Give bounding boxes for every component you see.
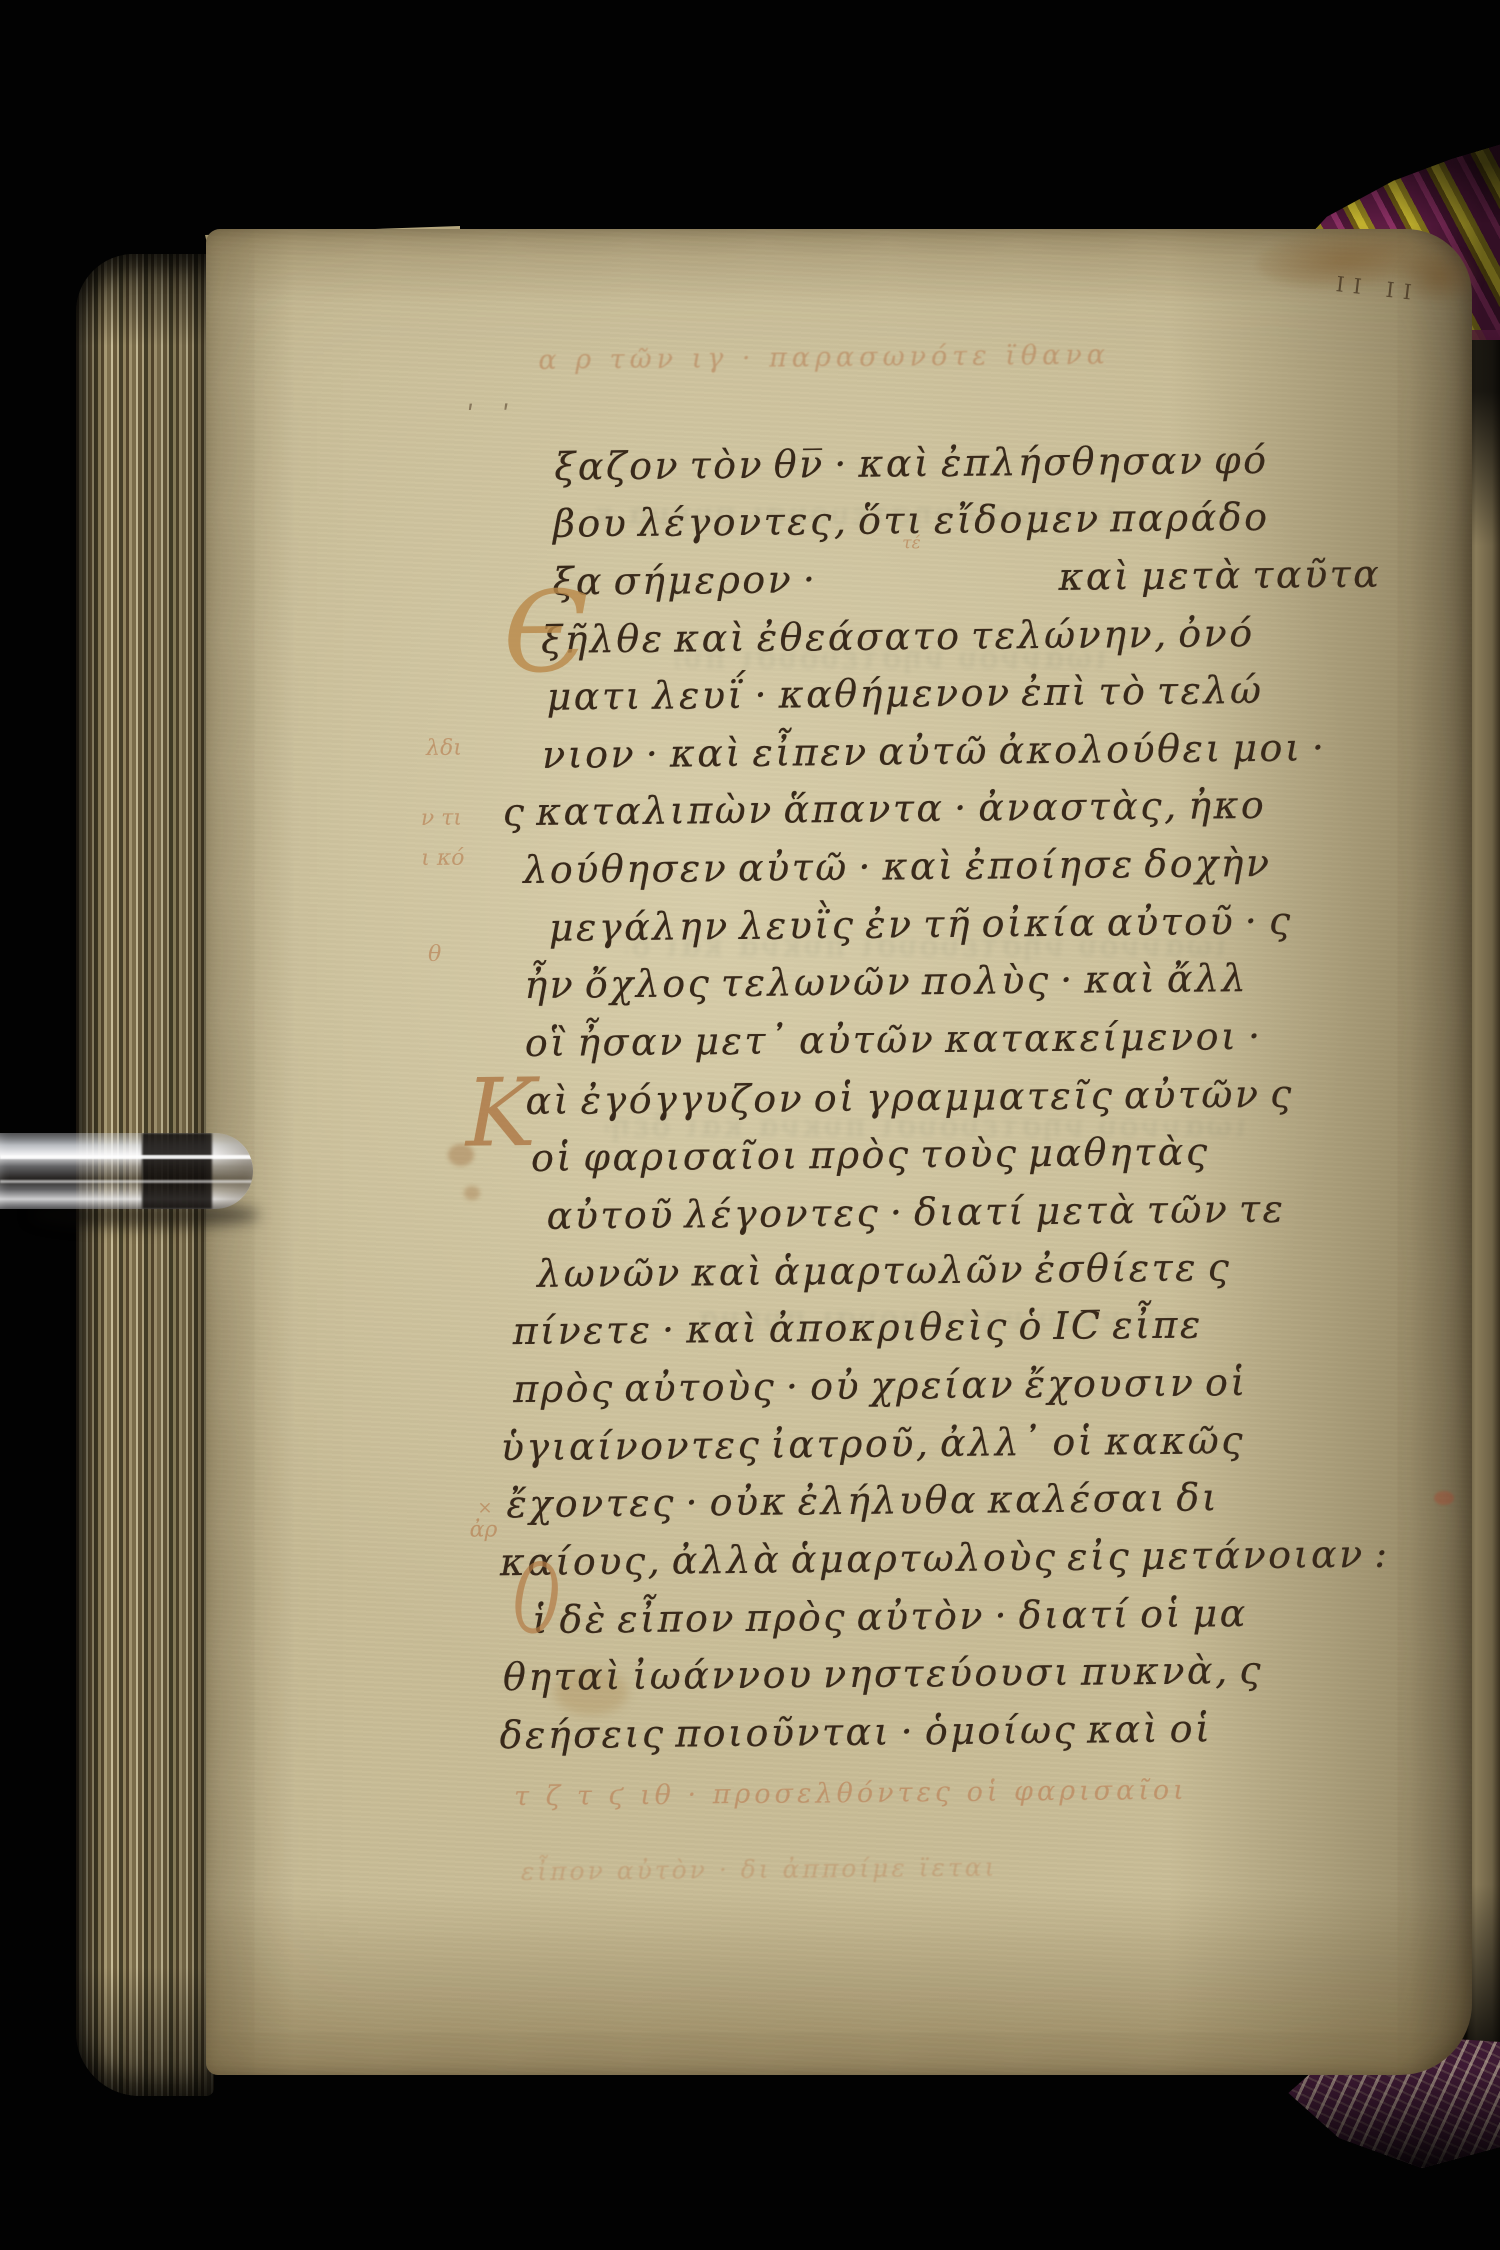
text-line: ἦν ὄχλος τελωνῶν πολὺς · καὶ ἄλλ	[524, 956, 1248, 1007]
text-line: ὑγιαίνοντες ἰατροῦ, ἀλλ᾽ οἱ κακῶς	[501, 1418, 1246, 1469]
text-line: οἱ φαρισαῖοι πρὸς τοὺς μαθητὰς	[531, 1129, 1210, 1180]
gap-lection-note: τέ	[902, 533, 921, 553]
text-line: ἔχοντες · οὐκ ἐλήλυθα καλέσαι δι	[506, 1475, 1219, 1526]
text-line: ξα σήμερον ·	[552, 557, 817, 604]
margin-note: λδι	[426, 736, 462, 761]
text-line: ξαζον τὸν θν̅ · καὶ ἐπλήσθησαν φό	[554, 438, 1269, 489]
text-line: ἱ δὲ εἶπον πρὸς αὐτὸν · διατί οἱ μα	[532, 1591, 1248, 1642]
rod-highlight	[0, 1180, 253, 1183]
text-line: νιον · καὶ εἶπεν αὐτῶ ἀκολούθει μοι ·	[542, 725, 1327, 777]
text-line: αὐτοῦ λέγοντες · διατί μετὰ τῶν τε	[546, 1187, 1285, 1238]
manuscript-photo: ιωαννου νηστευουσι πυκνα και δεησεις ποι…	[0, 0, 1500, 2250]
margin-note: θ	[428, 942, 441, 967]
pen-trial-marks: ʹ ʹ	[467, 401, 520, 432]
footer-rubric: τ ζ τ ϛ ιθ · προσελθόντες οἱ φαρισαῖοι	[514, 1775, 1188, 1812]
footer-rubric: εἶπον αὐτὸν · δι ἀπποίμε ϊεται	[521, 1853, 998, 1887]
parchment-page: ιωαννου νηστευουσι πυκνα και δεησεις ποι…	[206, 229, 1472, 2075]
text-line: λωνῶν καὶ ἁμαρτωλῶν ἐσθίετε ς	[537, 1245, 1232, 1296]
glass-page-holder-rod	[0, 1133, 253, 1209]
text-line: ματι λευΐ · καθήμενον ἐπὶ τὸ τελώ	[546, 668, 1263, 719]
text-line: αὶ ἐγόγγυζον οἱ γραμματεῖς αὐτῶν ς	[525, 1072, 1294, 1123]
text-line: δεήσεις ποιοῦνται · ὁμοίως καὶ οἱ	[499, 1706, 1212, 1757]
text-line: λούθησεν αὐτῶ · καὶ ἐποίησε δοχὴν	[523, 841, 1272, 892]
rod-dark-band	[142, 1133, 212, 1209]
margin-note: ι κό	[421, 846, 465, 871]
text-line: ξῆλθε καὶ ἐθεάσατο τελώνην, ὀνό	[541, 611, 1255, 662]
rubric-initial-kappa: Κ	[465, 1067, 536, 1162]
folio-marks: ΙΙ ΙΙ	[1335, 272, 1422, 305]
text-line: καὶ μετὰ ταῦτα	[1058, 552, 1381, 599]
rubric-initial-omicron: Ο	[510, 1547, 562, 1654]
text-line: καίους, ἀλλὰ ἁμαρτωλοὺς εἰς μετάνοιαν :	[500, 1532, 1390, 1585]
text-layer: ΙΙ ΙΙ ʹ ʹ α ρ τῶν ιγ · παρασωνότε ϊθανα …	[203, 220, 1487, 2078]
text-line: πίνετε · καὶ ἀποκριθεὶς ὁ ΙϹ̅ εἶπε	[512, 1303, 1202, 1354]
text-line: οἳ ἦσαν μετ᾽ αὐτῶν κατακείμενοι ·	[525, 1014, 1263, 1065]
margin-arch-mark: ἀρ	[469, 1517, 497, 1542]
header-rubric: α ρ τῶν ιγ · παρασωνότε ϊθανα	[538, 339, 1110, 375]
rubric-initial-epsilon: Є	[502, 576, 589, 689]
margin-note: ν τι	[421, 806, 462, 831]
margin-arch-mark-top: ×	[477, 1497, 492, 1518]
rod-highlight	[0, 1155, 253, 1159]
text-line: πρὸς αὐτοὺς · οὐ χρείαν ἔχουσιν οἱ	[513, 1360, 1248, 1411]
text-line: ς καταλιπὼν ἅπαντα · ἀναστὰς, ἠκο	[503, 783, 1267, 834]
text-line: μεγάλην λευῒς ἐν τῆ οἰκία αὐτοῦ · ς	[549, 899, 1293, 950]
text-line: θηταὶ ἰωάννου νηστεύουσι πυκνὰ, ς	[503, 1648, 1263, 1699]
